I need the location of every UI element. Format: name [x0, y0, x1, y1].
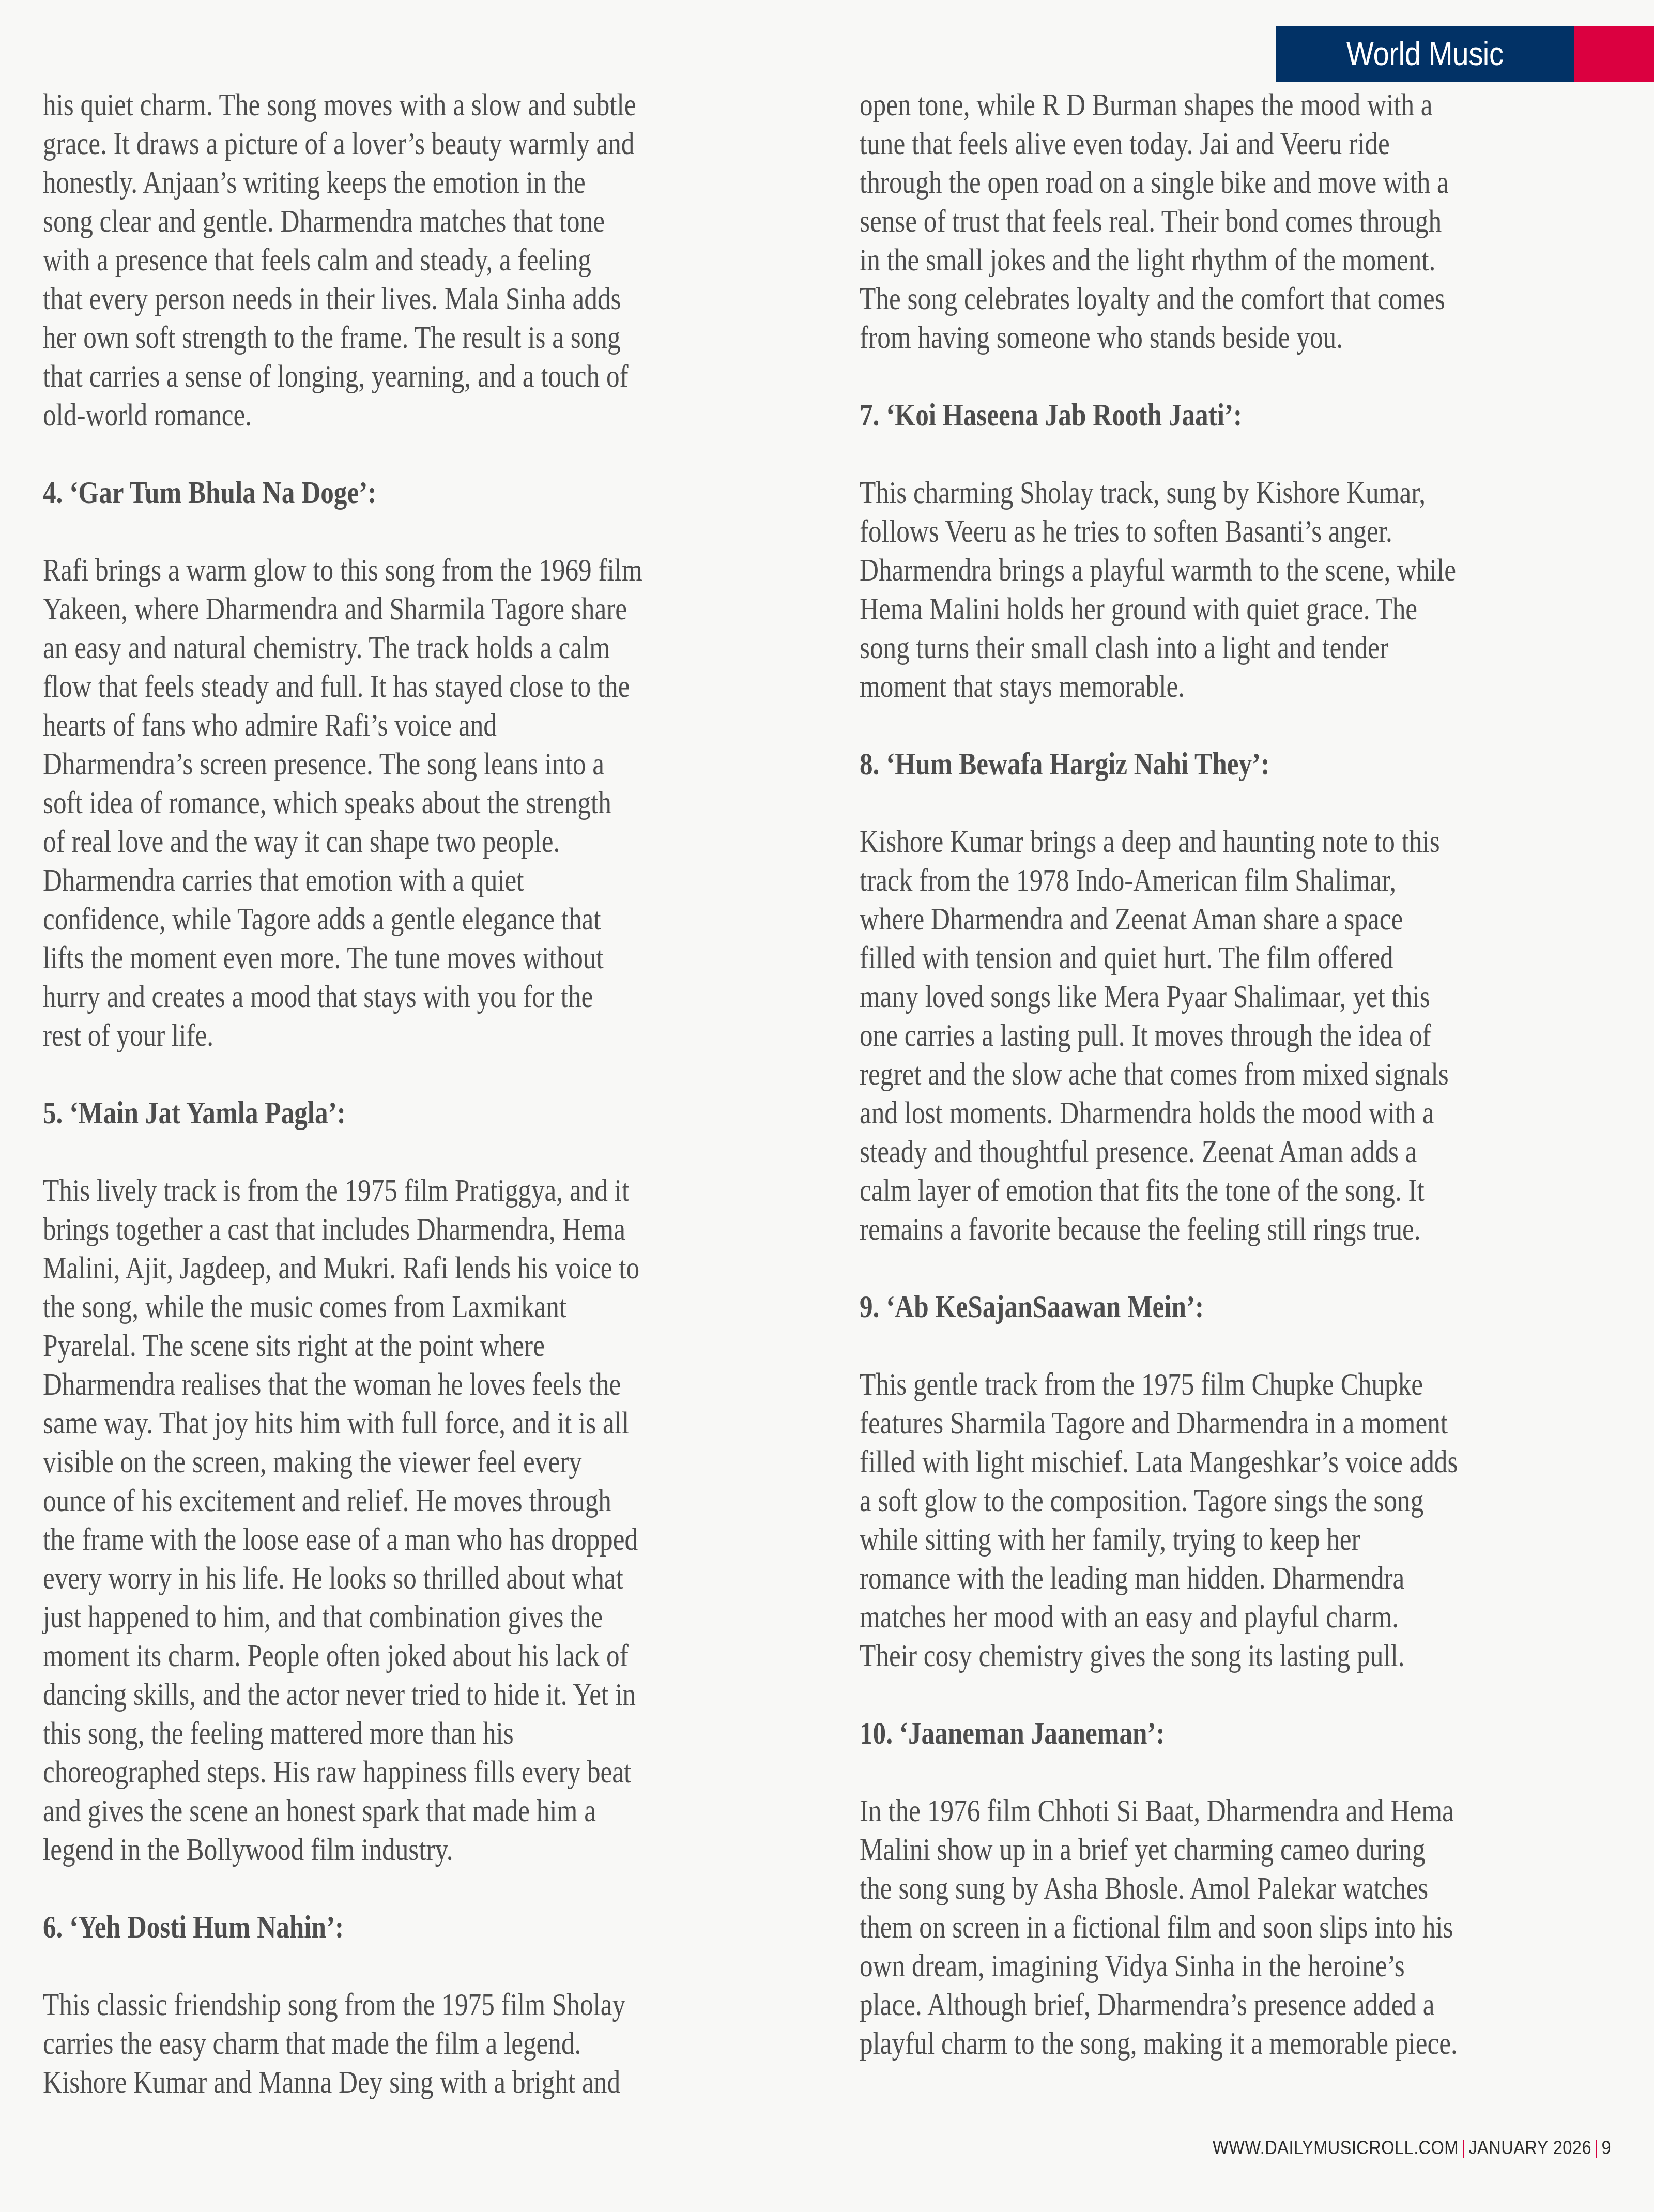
body-text-line: them on screen in a fictional film and s… [860, 1908, 1511, 1947]
song-heading: 4. ‘Gar Tum Bhula Na Doge’: [43, 474, 694, 512]
body-text-line: the song, while the music comes from Lax… [43, 1288, 694, 1326]
body-text-line: playful charm to the song, making it a m… [860, 2024, 1511, 2063]
song-heading: 9. ‘Ab KeSajanSaawan Mein’: [860, 1288, 1511, 1326]
paragraph-spacer [860, 784, 1511, 822]
body-text-line: confidence, while Tagore adds a gentle e… [43, 900, 694, 939]
body-text-line: moment its charm. People often joked abo… [43, 1637, 694, 1675]
body-text-line: Malini show up in a brief yet charming c… [860, 1830, 1511, 1869]
body-text-line: where Dharmendra and Zeenat Aman share a… [860, 900, 1511, 939]
body-text-line: same way. That joy hits him with full fo… [43, 1404, 694, 1443]
body-text-line: through the open road on a single bike a… [860, 163, 1511, 202]
body-text-line: that carries a sense of longing, yearnin… [43, 357, 694, 396]
body-text-line: the frame with the loose ease of a man w… [43, 1520, 694, 1559]
body-text-line: the song sung by Asha Bhosle. Amol Palek… [860, 1869, 1511, 1908]
footer-separator: | [1594, 2137, 1599, 2158]
body-text-line: Kishore Kumar and Manna Dey sing with a … [43, 2063, 694, 2102]
body-text-line: place. Although brief, Dharmendra’s pres… [860, 1986, 1511, 2024]
footer-issue-date: JANUARY 2026 [1468, 2137, 1591, 2158]
body-text-line: open tone, while R D Burman shapes the m… [860, 86, 1511, 125]
body-text-line: flow that feels steady and full. It has … [43, 667, 694, 706]
body-text-line: honestly. Anjaan’s writing keeps the emo… [43, 163, 694, 202]
body-text-line: soft idea of romance, which speaks about… [43, 784, 694, 822]
body-text-line: calm layer of emotion that fits the tone… [860, 1171, 1511, 1210]
body-text-line: choreographed steps. His raw happiness f… [43, 1753, 694, 1792]
body-text-line: This charming Sholay track, sung by Kish… [860, 474, 1511, 512]
section-accent-bar [1574, 26, 1654, 82]
paragraph-spacer [43, 512, 694, 551]
body-text-line: Yakeen, where Dharmendra and Sharmila Ta… [43, 590, 694, 629]
body-text-line: In the 1976 film Chhoti Si Baat, Dharmen… [860, 1792, 1511, 1830]
body-text-line: lifts the moment even more. The tune mov… [43, 939, 694, 978]
body-text-line: Pyarelal. The scene sits right at the po… [43, 1326, 694, 1365]
body-text-line: regret and the slow ache that comes from… [860, 1055, 1511, 1094]
body-text-line: song turns their small clash into a ligh… [860, 629, 1511, 667]
body-text-line: old-world romance. [43, 396, 694, 435]
body-text-line: Hema Malini holds her ground with quiet … [860, 590, 1511, 629]
song-heading: 7. ‘Koi Haseena Jab Rooth Jaati’: [860, 396, 1511, 435]
body-text-line: Dharmendra carries that emotion with a q… [43, 861, 694, 900]
paragraph-spacer [860, 1675, 1511, 1714]
body-text-line: filled with light mischief. Lata Mangesh… [860, 1443, 1511, 1482]
song-heading: 8. ‘Hum Bewafa Hargiz Nahi They’: [860, 745, 1511, 784]
body-text-line: that every person needs in their lives. … [43, 280, 694, 318]
song-heading: 10. ‘Jaaneman Jaaneman’: [860, 1714, 1511, 1753]
body-text-line: moment that stays memorable. [860, 667, 1511, 706]
paragraph-spacer [860, 1326, 1511, 1365]
paragraph-spacer [43, 1133, 694, 1171]
section-label-box: World Music [1276, 26, 1574, 82]
body-text-line: own dream, imagining Vidya Sinha in the … [860, 1947, 1511, 1986]
body-text-line: just happened to him, and that combinati… [43, 1598, 694, 1637]
body-text-line: this song, the feeling mattered more tha… [43, 1714, 694, 1753]
body-text-line: grace. It draws a picture of a lover’s b… [43, 125, 694, 163]
paragraph-spacer [43, 1869, 694, 1908]
body-text-line: song clear and gentle. Dharmendra matche… [43, 202, 694, 241]
paragraph-spacer [860, 357, 1511, 396]
paragraph-spacer [860, 1249, 1511, 1288]
body-text-line: Dharmendra’s screen presence. The song l… [43, 745, 694, 784]
body-text-line: with a presence that feels calm and stea… [43, 241, 694, 280]
body-text-line: tune that feels alive even today. Jai an… [860, 125, 1511, 163]
article-column-left: his quiet charm. The song moves with a s… [43, 86, 818, 2102]
song-heading: 6. ‘Yeh Dosti Hum Nahin’: [43, 1908, 694, 1947]
body-text-line: visible on the screen, making the viewer… [43, 1443, 694, 1482]
body-text-line: while sitting with her family, trying to… [860, 1520, 1511, 1559]
body-text-line: hurry and creates a mood that stays with… [43, 978, 694, 1016]
paragraph-spacer [43, 1055, 694, 1094]
paragraph-spacer [43, 435, 694, 474]
body-text-line: This gentle track from the 1975 film Chu… [860, 1365, 1511, 1404]
paragraph-spacer [43, 1947, 694, 1986]
body-text-line: every worry in his life. He looks so thr… [43, 1559, 694, 1598]
body-text-line: follows Veeru as he tries to soften Basa… [860, 512, 1511, 551]
body-text-line: his quiet charm. The song moves with a s… [43, 86, 694, 125]
song-heading: 5. ‘Main Jat Yamla Pagla’: [43, 1094, 694, 1133]
page-footer: WWW.DAILYMUSICROLL.COM|JANUARY 2026|9 [1213, 2137, 1611, 2159]
body-text-line: Rafi brings a warm glow to this song fro… [43, 551, 694, 590]
footer-website: WWW.DAILYMUSICROLL.COM [1213, 2137, 1459, 2158]
body-text-line: many loved songs like Mera Pyaar Shalima… [860, 978, 1511, 1016]
body-text-line: Kishore Kumar brings a deep and haunting… [860, 822, 1511, 861]
paragraph-spacer [860, 435, 1511, 474]
footer-separator: | [1461, 2137, 1466, 2158]
body-text-line: sense of trust that feels real. Their bo… [860, 202, 1511, 241]
body-text-line: one carries a lasting pull. It moves thr… [860, 1016, 1511, 1055]
article-column-right: open tone, while R D Burman shapes the m… [860, 86, 1635, 2063]
body-text-line: of real love and the way it can shape tw… [43, 822, 694, 861]
body-text-line: dancing skills, and the actor never trie… [43, 1675, 694, 1714]
body-text-line: her own soft strength to the frame. The … [43, 318, 694, 357]
body-text-line: Their cosy chemistry gives the song its … [860, 1637, 1511, 1675]
body-text-line: This lively track is from the 1975 film … [43, 1171, 694, 1210]
body-text-line: track from the 1978 Indo-American film S… [860, 861, 1511, 900]
body-text-line: an easy and natural chemistry. The track… [43, 629, 694, 667]
body-text-line: carries the easy charm that made the fil… [43, 2024, 694, 2063]
body-text-line: hearts of fans who admire Rafi’s voice a… [43, 706, 694, 745]
body-text-line: legend in the Bollywood film industry. [43, 1830, 694, 1869]
body-text-line: and lost moments. Dharmendra holds the m… [860, 1094, 1511, 1133]
body-text-line: ounce of his excitement and relief. He m… [43, 1482, 694, 1520]
body-text-line: brings together a cast that includes Dha… [43, 1210, 694, 1249]
body-text-line: This classic friendship song from the 19… [43, 1986, 694, 2024]
body-text-line: in the small jokes and the light rhythm … [860, 241, 1511, 280]
section-banner: World Music [1276, 26, 1654, 82]
body-text-line: romance with the leading man hidden. Dha… [860, 1559, 1511, 1598]
page-number: 9 [1601, 2137, 1611, 2158]
body-text-line: a soft glow to the composition. Tagore s… [860, 1482, 1511, 1520]
body-text-line: Malini, Ajit, Jagdeep, and Mukri. Rafi l… [43, 1249, 694, 1288]
body-text-line: Dharmendra brings a playful warmth to th… [860, 551, 1511, 590]
body-text-line: Dharmendra realises that the woman he lo… [43, 1365, 694, 1404]
body-text-line: and gives the scene an honest spark that… [43, 1792, 694, 1830]
body-text-line: features Sharmila Tagore and Dharmendra … [860, 1404, 1511, 1443]
body-text-line: from having someone who stands beside yo… [860, 318, 1511, 357]
body-text-line: filled with tension and quiet hurt. The … [860, 939, 1511, 978]
body-text-line: steady and thoughtful presence. Zeenat A… [860, 1133, 1511, 1171]
paragraph-spacer [860, 706, 1511, 745]
body-text-line: matches her mood with an easy and playfu… [860, 1598, 1511, 1637]
body-text-line: The song celebrates loyalty and the comf… [860, 280, 1511, 318]
body-text-line: rest of your life. [43, 1016, 694, 1055]
body-text-line: remains a favorite because the feeling s… [860, 1210, 1511, 1249]
section-label: World Music [1346, 35, 1504, 73]
paragraph-spacer [860, 1753, 1511, 1792]
